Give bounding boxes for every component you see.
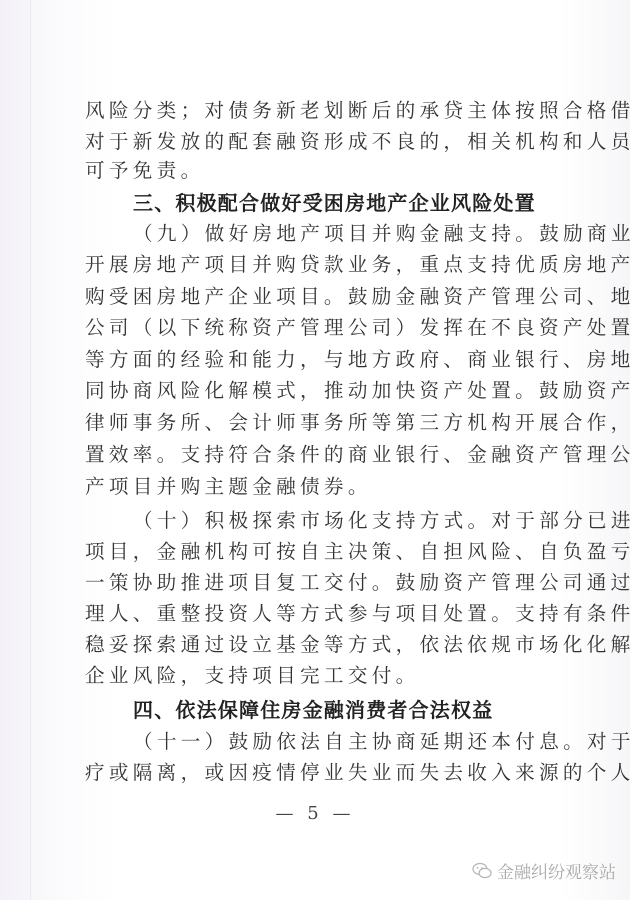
wechat-icon [472, 862, 492, 880]
text-line: 产项目并购主题金融债券。 [85, 474, 569, 500]
section-heading: 三、积极配合做好受困房地产企业风险处置 [133, 189, 536, 217]
section-heading: 四、依法保障住房金融消费者合法权益 [133, 696, 493, 724]
text-line: 稳妥探索通过设立基金等方式，依法依规市场化化解受困房地产 [85, 632, 569, 658]
text-line: （十）积极探索市场化支持方式。对于部分已进入司法重整的 [133, 508, 569, 534]
watermark: 金融纠纷观察站 [472, 858, 616, 883]
scan-edge-line [30, 0, 31, 900]
watermark-text: 金融纠纷观察站 [497, 858, 616, 883]
text-line: 置效率。支持符合条件的商业银行、金融资产管理公司发行房地 [85, 442, 569, 468]
page-number: — 5 — [0, 803, 630, 824]
text-line: 公司（以下统称资产管理公司）发挥在不良资产处置、风险管理 [85, 315, 569, 341]
text-line: 开展房地产项目并购贷款业务，重点支持优质房地产企业兼并收 [85, 252, 569, 278]
text-line: 可予免责。 [85, 158, 569, 184]
text-line: 一策协助推进项目复工交付。鼓励资产管理公司通过担任破产管 [85, 570, 569, 596]
text-line: 项目，金融机构可按自主决策、自担风险、自负盈亏原则，一企 [85, 539, 569, 565]
text-line: 同协商风险化解模式，推动加快资产处置。鼓励资产管理公司与 [85, 378, 569, 404]
text-line: （十一）鼓励依法自主协商延期还本付息。对于因疫情住院治 [133, 729, 569, 755]
text-line: 对于新发放的配套融资形成不良的，相关机构和人员已尽职的， [85, 129, 569, 155]
text-line: 理人、重整投资人等方式参与项目处置。支持有条件的金融机构 [85, 601, 569, 627]
text-line: 疗或隔离，或因疫情停业失业而失去收入来源的个人，以及因购 [85, 760, 569, 786]
text-line: 风险分类；对债务新老划断后的承贷主体按照合格借款主体管理。 [85, 98, 569, 124]
text-line: 等方面的经验和能力，与地方政府、商业银行、房地产企业等共 [85, 347, 569, 373]
text-line: 购受困房地产企业项目。鼓励金融资产管理公司、地方资产管理 [85, 284, 569, 310]
text-line: （九）做好房地产项目并购金融支持。鼓励商业银行稳妥有序 [133, 221, 569, 247]
text-line: 律师事务所、会计师事务所等第三方机构开展合作，提高资产处 [85, 410, 569, 436]
text-line: 企业风险，支持项目完工交付。 [85, 663, 569, 689]
